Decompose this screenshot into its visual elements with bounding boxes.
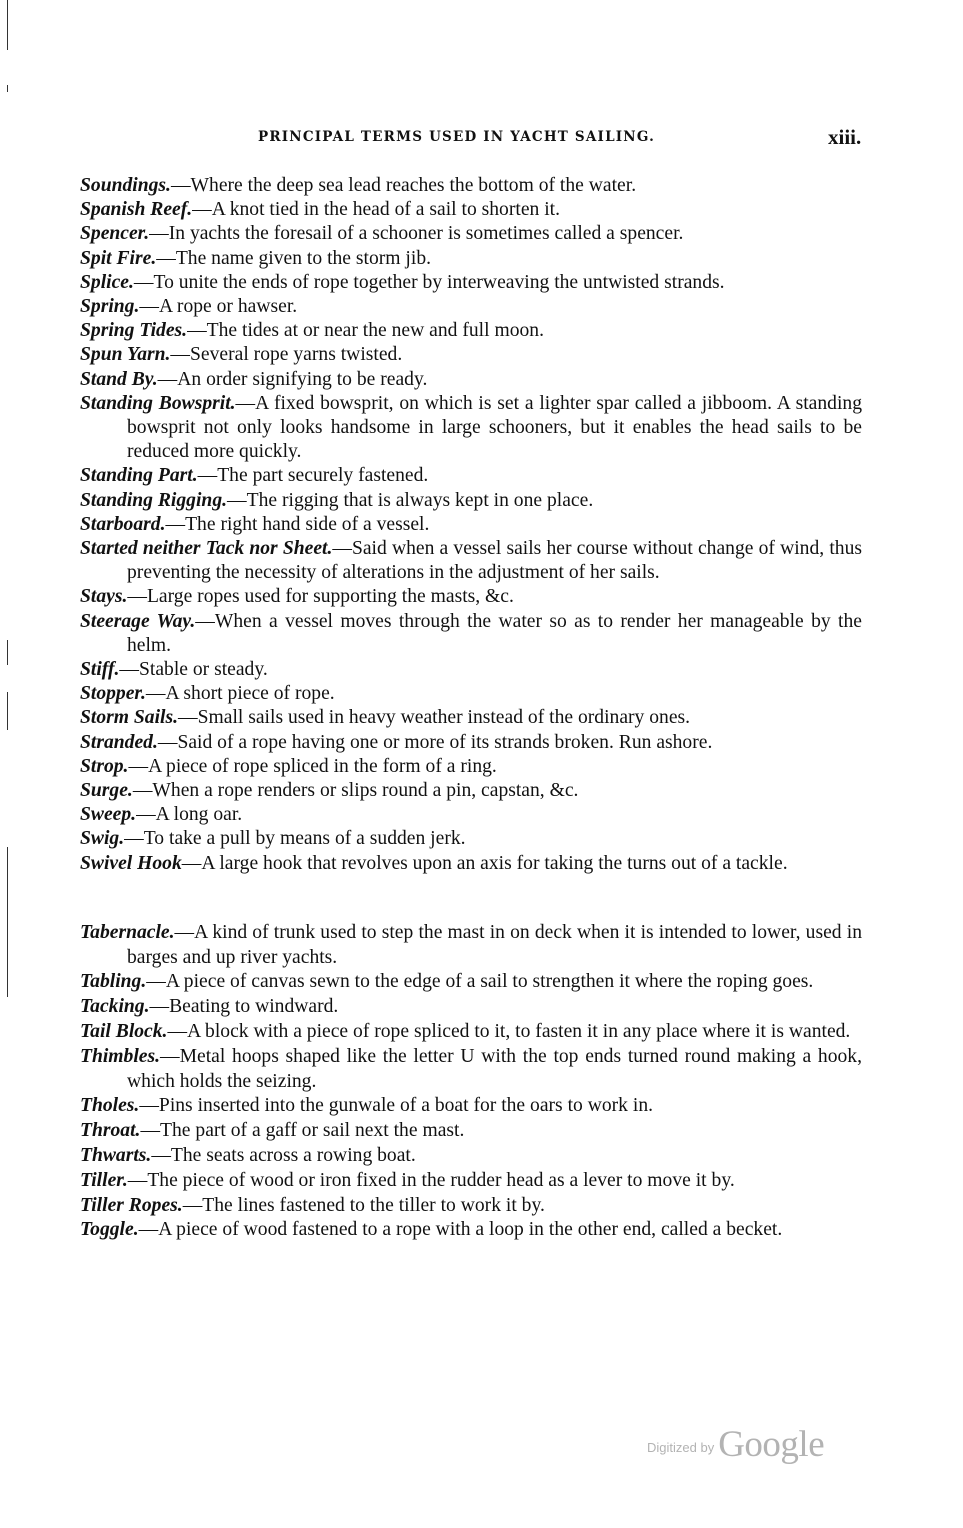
- entry-definition: A large hook that revolves upon an axis …: [201, 853, 787, 874]
- entry-term: Soundings.: [80, 175, 171, 196]
- entry-term: Stays.: [80, 586, 127, 607]
- glossary-entry: Standing Bowsprit.—A fixed bowsprit, on …: [80, 392, 862, 465]
- glossary-entry: Stiff.—Stable or steady.: [80, 658, 862, 682]
- page-number: xiii.: [828, 125, 861, 150]
- entry-definition: A kind of trunk used to step the mast in…: [127, 922, 862, 968]
- scan-edge-line: [7, 640, 8, 665]
- em-dash: —: [178, 707, 198, 728]
- glossary-entry: Standing Part.—The part securely fastene…: [80, 464, 862, 488]
- entry-term: Stopper.: [80, 683, 146, 704]
- em-dash: —: [160, 1046, 180, 1067]
- em-dash: —: [182, 853, 202, 874]
- glossary-entry: Swig.—To take a pull by means of a sudde…: [80, 827, 862, 851]
- em-dash: —: [119, 659, 139, 680]
- glossary-entry: Tiller.—The piece of wood or iron fixed …: [80, 1169, 862, 1194]
- entry-term: Spring Tides.: [80, 320, 187, 341]
- glossary-entry: Spanish Reef.—A knot tied in the head of…: [80, 198, 862, 222]
- entry-term: Standing Part.: [80, 465, 198, 486]
- glossary-entry: Stopper.—A short piece of rope.: [80, 682, 862, 706]
- em-dash: —: [167, 1021, 187, 1042]
- glossary-entry: Spring.—A rope or hawser.: [80, 295, 862, 319]
- entry-term: Tholes.: [80, 1095, 139, 1116]
- glossary-entry: Swivel Hook—A large hook that revolves u…: [80, 852, 862, 876]
- glossary-entry: Tiller Ropes.—The lines fastened to the …: [80, 1194, 862, 1219]
- scan-edge-line: [7, 0, 8, 50]
- glossary-section-t: Tabernacle.—A kind of trunk used to step…: [80, 921, 862, 1243]
- entry-term: Tacking.: [80, 996, 150, 1017]
- em-dash: —: [175, 922, 195, 943]
- em-dash: —: [156, 248, 176, 269]
- glossary-entry: Strop.—A piece of rope spliced in the fo…: [80, 755, 862, 779]
- entry-definition: The part securely fastened.: [217, 465, 428, 486]
- entry-definition: Where the deep sea lead reaches the bott…: [191, 175, 637, 196]
- entry-term: Spencer.: [80, 223, 149, 244]
- glossary-entry: Storm Sails.—Small sails used in heavy w…: [80, 706, 862, 730]
- entry-definition: When a vessel moves through the water so…: [127, 611, 862, 656]
- entry-term: Standing Bowsprit.: [80, 393, 236, 414]
- entry-definition: The lines fastened to the tiller to work…: [202, 1195, 545, 1216]
- entry-definition: A short piece of rope.: [165, 683, 334, 704]
- entry-term: Stranded.: [80, 732, 158, 753]
- section-gap: [80, 876, 862, 921]
- entry-term: Swig.: [80, 828, 124, 849]
- entry-definition: The seats across a rowing boat.: [171, 1145, 416, 1166]
- em-dash: —: [227, 490, 247, 511]
- glossary-entry: Tail Block.—A block with a piece of rope…: [80, 1020, 862, 1045]
- entry-term: Spring.: [80, 296, 139, 317]
- entry-definition: To take a pull by means of a sudden jerk…: [144, 828, 466, 849]
- entry-definition: Small sails used in heavy weather instea…: [198, 707, 690, 728]
- entry-definition: The name given to the storm jib.: [176, 248, 431, 269]
- entry-definition: An order signifying to be ready.: [177, 369, 427, 390]
- scan-edge-line: [7, 847, 8, 997]
- entry-term: Tiller Ropes.: [80, 1195, 183, 1216]
- entry-definition: Said of a rope having one or more of its…: [177, 732, 712, 753]
- entry-term: Thimbles.: [80, 1046, 160, 1067]
- em-dash: —: [195, 611, 215, 632]
- em-dash: —: [124, 828, 144, 849]
- em-dash: —: [136, 804, 156, 825]
- em-dash: —: [236, 393, 256, 414]
- em-dash: —: [146, 971, 166, 992]
- entry-term: Spun Yarn.: [80, 344, 170, 365]
- glossary-entry: Throat.—The part of a gaff or sail next …: [80, 1119, 862, 1144]
- digitized-by-google-watermark: Digitized by Google: [647, 1423, 824, 1466]
- em-dash: —: [171, 175, 191, 196]
- entry-term: Tabernacle.: [80, 922, 175, 943]
- entry-term: Strop.: [80, 756, 128, 777]
- entry-definition: Large ropes used for supporting the mast…: [147, 586, 514, 607]
- glossary-entry: Toggle.—A piece of wood fastened to a ro…: [80, 1218, 862, 1243]
- entry-definition: A piece of canvas sewn to the edge of a …: [166, 971, 813, 992]
- glossary-entry: Thwarts.—The seats across a rowing boat.: [80, 1144, 862, 1169]
- entry-definition: When a rope renders or slips round a pin…: [152, 780, 578, 801]
- entry-definition: The rigging that is always kept in one p…: [247, 490, 594, 511]
- em-dash: —: [139, 1095, 159, 1116]
- em-dash: —: [139, 296, 159, 317]
- glossary-entry: Tabernacle.—A kind of trunk used to step…: [80, 921, 862, 971]
- entry-definition: To unite the ends of rope together by in…: [153, 272, 724, 293]
- running-head: PRINCIPAL TERMS USED IN YACHT SAILING. x…: [0, 125, 963, 149]
- entry-definition: Pins inserted into the gunwale of a boat…: [159, 1095, 653, 1116]
- em-dash: —: [140, 1120, 160, 1141]
- glossary-entry: Thimbles.—Metal hoops shaped like the le…: [80, 1045, 862, 1095]
- glossary-entry: Starboard.—The right hand side of a vess…: [80, 513, 862, 537]
- entry-term: Standing Rigging.: [80, 490, 227, 511]
- entry-term: Stand By.: [80, 369, 158, 390]
- glossary-entry: Spring Tides.—The tides at or near the n…: [80, 319, 862, 343]
- glossary-entry: Sweep.—A long oar.: [80, 803, 862, 827]
- entry-definition: Stable or steady.: [139, 659, 268, 680]
- running-title: PRINCIPAL TERMS USED IN YACHT SAILING.: [258, 129, 655, 145]
- entry-term: Sweep.: [80, 804, 136, 825]
- entry-term: Storm Sails.: [80, 707, 178, 728]
- em-dash: —: [158, 369, 178, 390]
- em-dash: —: [127, 586, 147, 607]
- glossary-entry: Stays.—Large ropes used for supporting t…: [80, 585, 862, 609]
- em-dash: —: [170, 344, 190, 365]
- entry-definition: A rope or hawser.: [159, 296, 297, 317]
- entry-term: Spanish Reef.: [80, 199, 192, 220]
- em-dash: —: [165, 514, 185, 535]
- entry-definition: In yachts the foresail of a schooner is …: [169, 223, 684, 244]
- glossary-section-s: Soundings.—Where the deep sea lead reach…: [80, 174, 862, 876]
- entry-term: Tabling.: [80, 971, 146, 992]
- entry-definition: Beating to windward.: [169, 996, 338, 1017]
- em-dash: —: [146, 683, 166, 704]
- em-dash: —: [187, 320, 207, 341]
- entry-term: Spit Fire.: [80, 248, 156, 269]
- em-dash: —: [139, 1219, 159, 1240]
- google-logo: Google: [718, 1424, 824, 1465]
- em-dash: —: [128, 756, 148, 777]
- em-dash: —: [128, 1170, 148, 1191]
- entry-definition: Metal hoops shaped like the letter U wit…: [127, 1046, 862, 1092]
- entry-term: Thwarts.: [80, 1145, 151, 1166]
- glossary-entry: Splice.—To unite the ends of rope togeth…: [80, 271, 862, 295]
- em-dash: —: [133, 780, 153, 801]
- glossary-entry: Surge.—When a rope renders or slips roun…: [80, 779, 862, 803]
- glossary-entry: Tholes.—Pins inserted into the gunwale o…: [80, 1094, 862, 1119]
- glossary-entry: Spit Fire.—The name given to the storm j…: [80, 247, 862, 271]
- entry-term: Splice.: [80, 272, 134, 293]
- em-dash: —: [134, 272, 154, 293]
- entry-definition: A block with a piece of rope spliced to …: [187, 1021, 850, 1042]
- em-dash: —: [150, 996, 170, 1017]
- scan-edge-line: [7, 85, 8, 92]
- glossary-entry: Steerage Way.—When a vessel moves throug…: [80, 610, 862, 658]
- glossary-entry: Tabling.—A piece of canvas sewn to the e…: [80, 970, 862, 995]
- entry-term: Swivel Hook: [80, 853, 182, 874]
- em-dash: —: [332, 538, 352, 559]
- entry-definition: The part of a gaff or sail next the mast…: [160, 1120, 464, 1141]
- entry-term: Started neither Tack nor Sheet.: [80, 538, 332, 559]
- entry-term: Throat.: [80, 1120, 140, 1141]
- entry-term: Tiller.: [80, 1170, 128, 1191]
- entry-definition: A knot tied in the head of a sail to sho…: [212, 199, 560, 220]
- glossary-entry: Spun Yarn.—Several rope yarns twisted.: [80, 343, 862, 367]
- entry-definition: The tides at or near the new and full mo…: [207, 320, 544, 341]
- entry-term: Steerage Way.: [80, 611, 195, 632]
- glossary-entry: Tacking.—Beating to windward.: [80, 995, 862, 1020]
- entry-term: Starboard.: [80, 514, 165, 535]
- scan-edge-line: [7, 692, 8, 730]
- em-dash: —: [151, 1145, 171, 1166]
- entry-definition: A long oar.: [156, 804, 243, 825]
- watermark-prefix: Digitized by: [647, 1440, 714, 1455]
- em-dash: —: [192, 199, 212, 220]
- entry-term: Toggle.: [80, 1219, 139, 1240]
- glossary-body: Soundings.—Where the deep sea lead reach…: [80, 174, 862, 1243]
- entry-term: Tail Block.: [80, 1021, 167, 1042]
- em-dash: —: [183, 1195, 203, 1216]
- em-dash: —: [198, 465, 218, 486]
- entry-definition: A piece of wood fastened to a rope with …: [158, 1219, 782, 1240]
- glossary-entry: Stranded.—Said of a rope having one or m…: [80, 731, 862, 755]
- glossary-entry: Started neither Tack nor Sheet.—Said whe…: [80, 537, 862, 585]
- entry-definition: A piece of rope spliced in the form of a…: [148, 756, 497, 777]
- glossary-entry: Spencer.—In yachts the foresail of a sch…: [80, 222, 862, 246]
- entry-definition: The right hand side of a vessel.: [185, 514, 429, 535]
- entry-definition: Several rope yarns twisted.: [190, 344, 402, 365]
- glossary-entry: Standing Rigging.—The rigging that is al…: [80, 489, 862, 513]
- entry-term: Stiff.: [80, 659, 119, 680]
- glossary-entry: Soundings.—Where the deep sea lead reach…: [80, 174, 862, 198]
- entry-definition: The piece of wood or iron fixed in the r…: [147, 1170, 734, 1191]
- glossary-entry: Stand By.—An order signifying to be read…: [80, 368, 862, 392]
- em-dash: —: [158, 732, 178, 753]
- entry-term: Surge.: [80, 780, 133, 801]
- em-dash: —: [149, 223, 169, 244]
